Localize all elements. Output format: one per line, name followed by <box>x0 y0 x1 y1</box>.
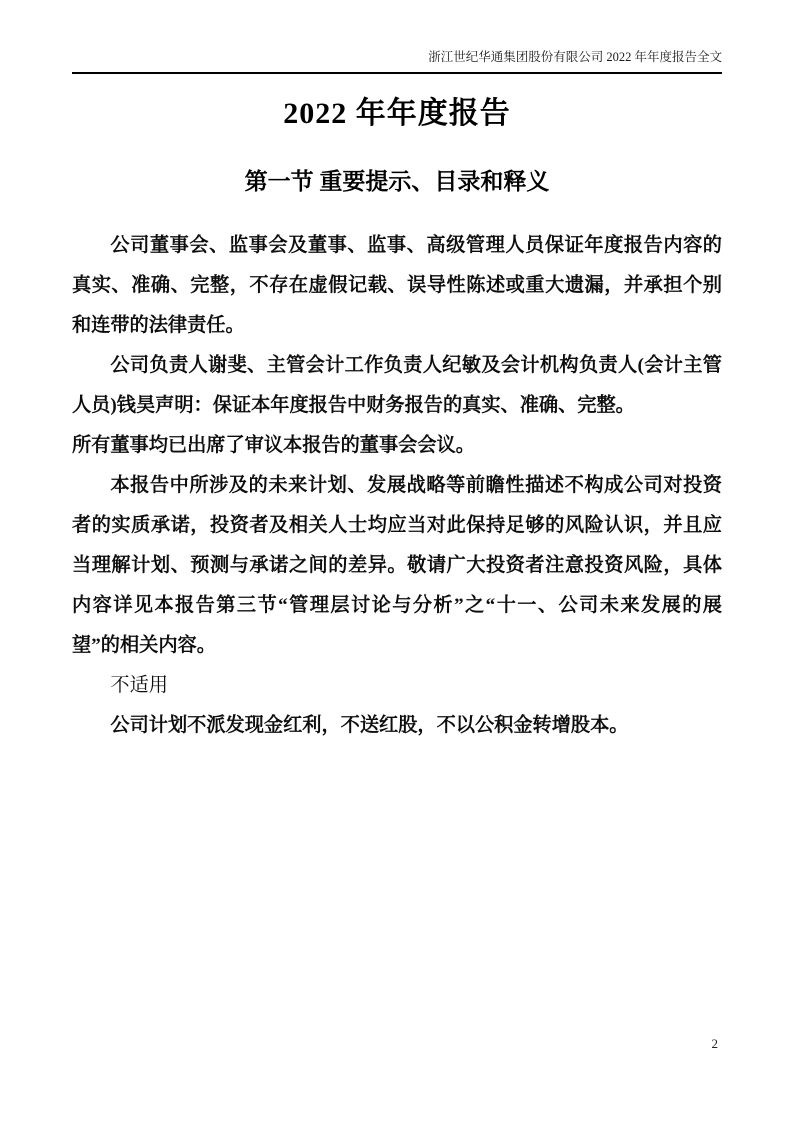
paragraph-dividend-plan: 公司计划不派发现金红利，不送红股，不以公积金转增股本。 <box>72 706 722 746</box>
paragraph-forward-looking-risk: 本报告中所涉及的未来计划、发展战略等前瞻性描述不构成公司对投资者的实质承诺，投资… <box>72 466 722 666</box>
header-text: 浙江世纪华通集团股份有限公司 2022 年年度报告全文 <box>428 50 722 64</box>
page-number: 2 <box>712 1036 719 1052</box>
page-content: 浙江世纪华通集团股份有限公司 2022 年年度报告全文 2022 年年度报告 第… <box>0 0 794 746</box>
section-heading: 第一节 重要提示、目录和释义 <box>72 168 722 196</box>
paragraph-responsible-persons: 公司负责人谢斐、主管会计工作负责人纪敏及会计机构负责人(会计主管人员)钱昊声明：… <box>72 346 722 426</box>
paragraph-not-applicable: 不适用 <box>72 666 722 706</box>
report-body: 公司董事会、监事会及董事、监事、高级管理人员保证年度报告内容的真实、准确、完整，… <box>72 226 722 746</box>
report-page: 浙江世纪华通集团股份有限公司 2022 年年度报告全文 2022 年年度报告 第… <box>0 0 794 1123</box>
paragraph-board-statement: 公司董事会、监事会及董事、监事、高级管理人员保证年度报告内容的真实、准确、完整，… <box>72 226 722 346</box>
page-header: 浙江世纪华通集团股份有限公司 2022 年年度报告全文 <box>72 50 722 74</box>
report-title: 2022 年年度报告 <box>72 96 722 132</box>
paragraph-directors-attendance: 所有董事均已出席了审议本报告的董事会会议。 <box>72 426 722 466</box>
